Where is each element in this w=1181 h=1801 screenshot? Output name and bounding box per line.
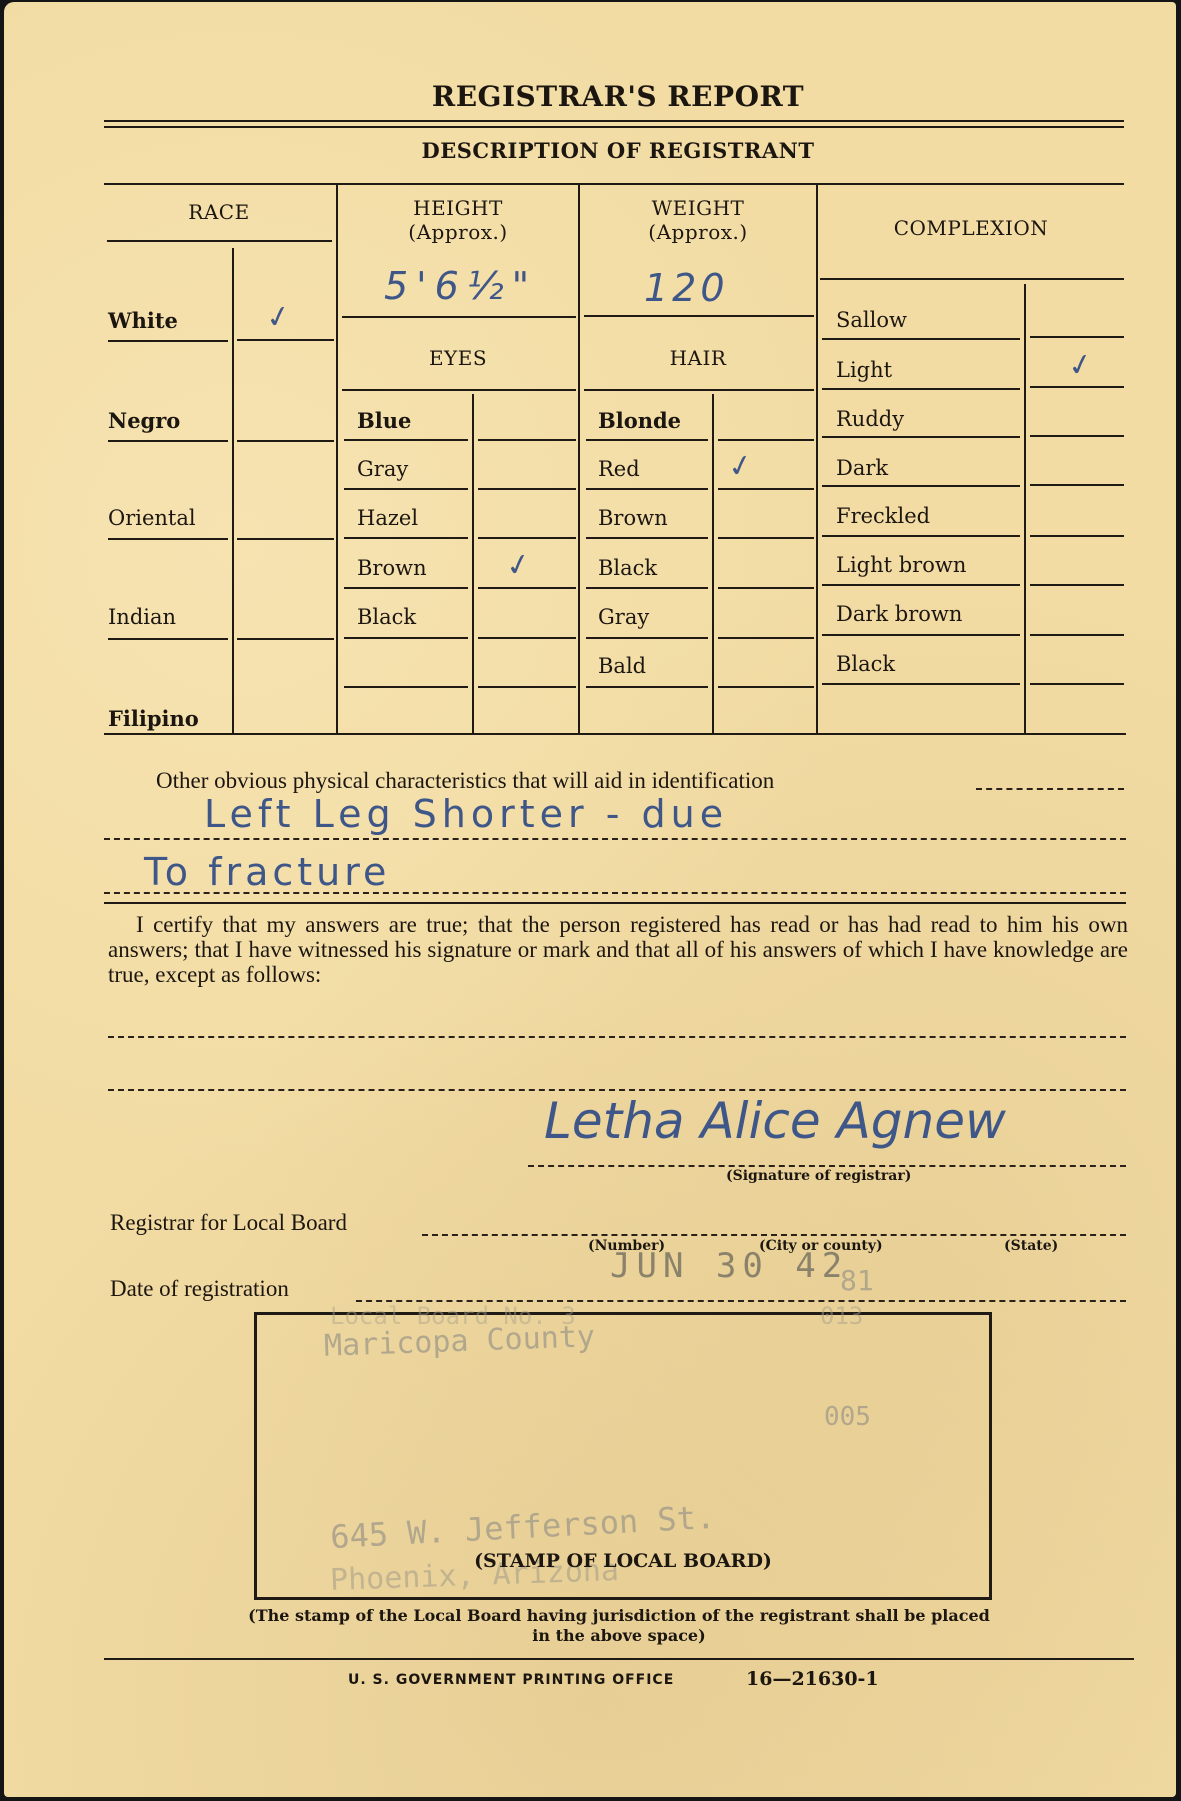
date-of-registration-label: Date of registration [110, 1276, 289, 1301]
height-header: HEIGHT (Approx.) [338, 196, 578, 244]
rule [478, 637, 576, 639]
eyes-brown-check-icon: ✓ [503, 546, 535, 585]
characteristics-line1: Left Leg Shorter - due [204, 792, 728, 836]
eyes-option-brown: Brown [357, 556, 427, 580]
rule [586, 439, 708, 441]
rule [718, 488, 814, 490]
stamp-instruction: (The stamp of the Local Board having jur… [244, 1606, 994, 1646]
hair-red-check-icon: ✓ [725, 447, 757, 486]
rule [344, 637, 468, 639]
section-title: DESCRIPTION OF REGISTRANT [4, 138, 1181, 163]
race-header-rule [107, 240, 332, 242]
rule [344, 488, 468, 490]
weight-value: 120 [644, 266, 729, 310]
rule [237, 339, 334, 341]
rule [108, 1036, 1126, 1038]
stamp-code-top: 013 [820, 1302, 863, 1330]
eyes-option-black: Black [357, 605, 416, 629]
height-header-title: HEIGHT [338, 196, 578, 220]
rule [478, 537, 576, 539]
rule [528, 1165, 1126, 1167]
complexion-option-black: Black [836, 652, 895, 676]
complexion-check-divider [1024, 284, 1026, 734]
state-caption: (State) [1004, 1238, 1058, 1254]
race-option-filipino: Filipino [108, 706, 199, 731]
registrar-signature: Letha Alice Agnew [544, 1092, 1006, 1150]
eyes-option-blue: Blue [357, 408, 411, 433]
rule [822, 436, 1020, 438]
rule [342, 316, 576, 318]
rule [1030, 484, 1124, 486]
rule [108, 638, 228, 640]
rule [1030, 435, 1124, 437]
rule [586, 587, 708, 589]
hair-option-red: Red [598, 457, 640, 481]
rule [586, 537, 708, 539]
hair-header: HAIR [580, 346, 816, 370]
rule [108, 340, 228, 342]
race-option-indian: Indian [108, 605, 176, 629]
characteristics-label: Other obvious physical characteristics t… [156, 768, 774, 793]
eyes-option-hazel: Hazel [357, 506, 418, 530]
rule [822, 388, 1020, 390]
rule [976, 788, 1124, 790]
rule [822, 338, 1020, 340]
stamp-code: 005 [824, 1402, 871, 1432]
rule [584, 315, 814, 317]
complexion-option-freckled: Freckled [836, 504, 930, 528]
date-stamp-number: 81 [840, 1264, 874, 1297]
race-check-divider [232, 248, 234, 734]
rule [822, 485, 1020, 487]
rule [586, 488, 708, 490]
rule [237, 638, 334, 640]
rule [822, 683, 1020, 685]
rule [822, 584, 1020, 586]
weight-header: WEIGHT (Approx.) [580, 196, 816, 244]
rule [822, 535, 1020, 537]
rule [108, 440, 228, 442]
rule [718, 439, 814, 441]
hair-check-divider [712, 394, 714, 734]
characteristics-line2: To fracture [144, 850, 390, 894]
rule [718, 637, 814, 639]
rule [237, 538, 334, 540]
rule [344, 587, 468, 589]
rule [478, 439, 576, 441]
rule [1030, 336, 1124, 338]
hair-option-brown: Brown [598, 506, 668, 530]
rule [718, 537, 814, 539]
rule [344, 439, 468, 441]
registrar-report-card: REGISTRAR'S REPORT DESCRIPTION OF REGIST… [4, 2, 1176, 1797]
eyes-check-divider [472, 394, 474, 734]
hair-option-blonde: Blonde [598, 408, 681, 433]
complexion-option-sallow: Sallow [836, 308, 907, 332]
title-divider-top [104, 120, 1124, 122]
rule [104, 892, 1126, 894]
footer-rule [104, 1658, 1134, 1660]
rule [1030, 683, 1124, 685]
race-option-oriental: Oriental [108, 506, 196, 530]
signature-caption: (Signature of registrar) [726, 1168, 911, 1184]
rule [478, 686, 576, 688]
stamp-box-caption: (STAMP OF LOCAL BOARD) [254, 1550, 992, 1572]
rule [104, 838, 1126, 840]
col-divider-height [578, 184, 580, 734]
title-divider-bottom [104, 126, 1124, 128]
rule [718, 587, 814, 589]
rule [1030, 535, 1124, 537]
rule [1030, 634, 1124, 636]
rule [344, 686, 468, 688]
table-top-border [104, 183, 1124, 185]
race-option-negro: Negro [108, 408, 180, 433]
complexion-option-light: Light [836, 358, 892, 382]
rule [822, 634, 1020, 636]
complexion-option-light-brown: Light brown [836, 553, 966, 577]
eyes-header: EYES [338, 346, 578, 370]
hair-option-gray: Gray [598, 605, 649, 629]
weight-header-approx: (Approx.) [580, 220, 816, 244]
rule [1030, 584, 1124, 586]
local-board-label: Registrar for Local Board [110, 1210, 347, 1235]
complexion-header: COMPLEXION [818, 216, 1124, 240]
hair-option-black: Black [598, 556, 657, 580]
rule [478, 488, 576, 490]
local-board-field[interactable] [422, 1234, 1126, 1236]
height-header-approx: (Approx.) [338, 220, 578, 244]
complexion-option-ruddy: Ruddy [836, 407, 904, 431]
rule [344, 537, 468, 539]
form-number: 16—21630-1 [746, 1668, 879, 1690]
rule [108, 538, 228, 540]
date-stamp: JUN 30 42 [610, 1246, 848, 1286]
eyes-option-gray: Gray [357, 457, 408, 481]
race-header: RACE [104, 200, 334, 224]
characteristics-bottom-rule [104, 902, 1126, 904]
rule [586, 637, 708, 639]
complexion-light-check-icon: ✓ [1065, 346, 1097, 385]
rule [342, 389, 576, 391]
rule [478, 587, 576, 589]
height-value: 5'6½" [384, 264, 537, 308]
printer-credit: U. S. GOVERNMENT PRINTING OFFICE [348, 1672, 674, 1688]
certification-text: I certify that my answers are true; that… [108, 912, 1128, 987]
race-option-white: White [108, 308, 178, 333]
rule [820, 278, 1124, 280]
col-divider-weight [816, 184, 818, 734]
page-title: REGISTRAR'S REPORT [4, 80, 1181, 113]
rule [108, 1089, 1126, 1091]
rule [586, 686, 708, 688]
complexion-option-dark: Dark [836, 456, 888, 480]
hair-option-bald: Bald [598, 654, 646, 678]
col-divider-race [336, 184, 338, 734]
race-white-check-icon: ✓ [263, 298, 295, 337]
rule [718, 686, 814, 688]
complexion-option-dark-brown: Dark brown [836, 602, 962, 626]
weight-header-title: WEIGHT [580, 196, 816, 220]
table-bottom-border [104, 733, 1126, 735]
rule [237, 440, 334, 442]
rule [584, 389, 814, 391]
rule [1030, 386, 1124, 388]
